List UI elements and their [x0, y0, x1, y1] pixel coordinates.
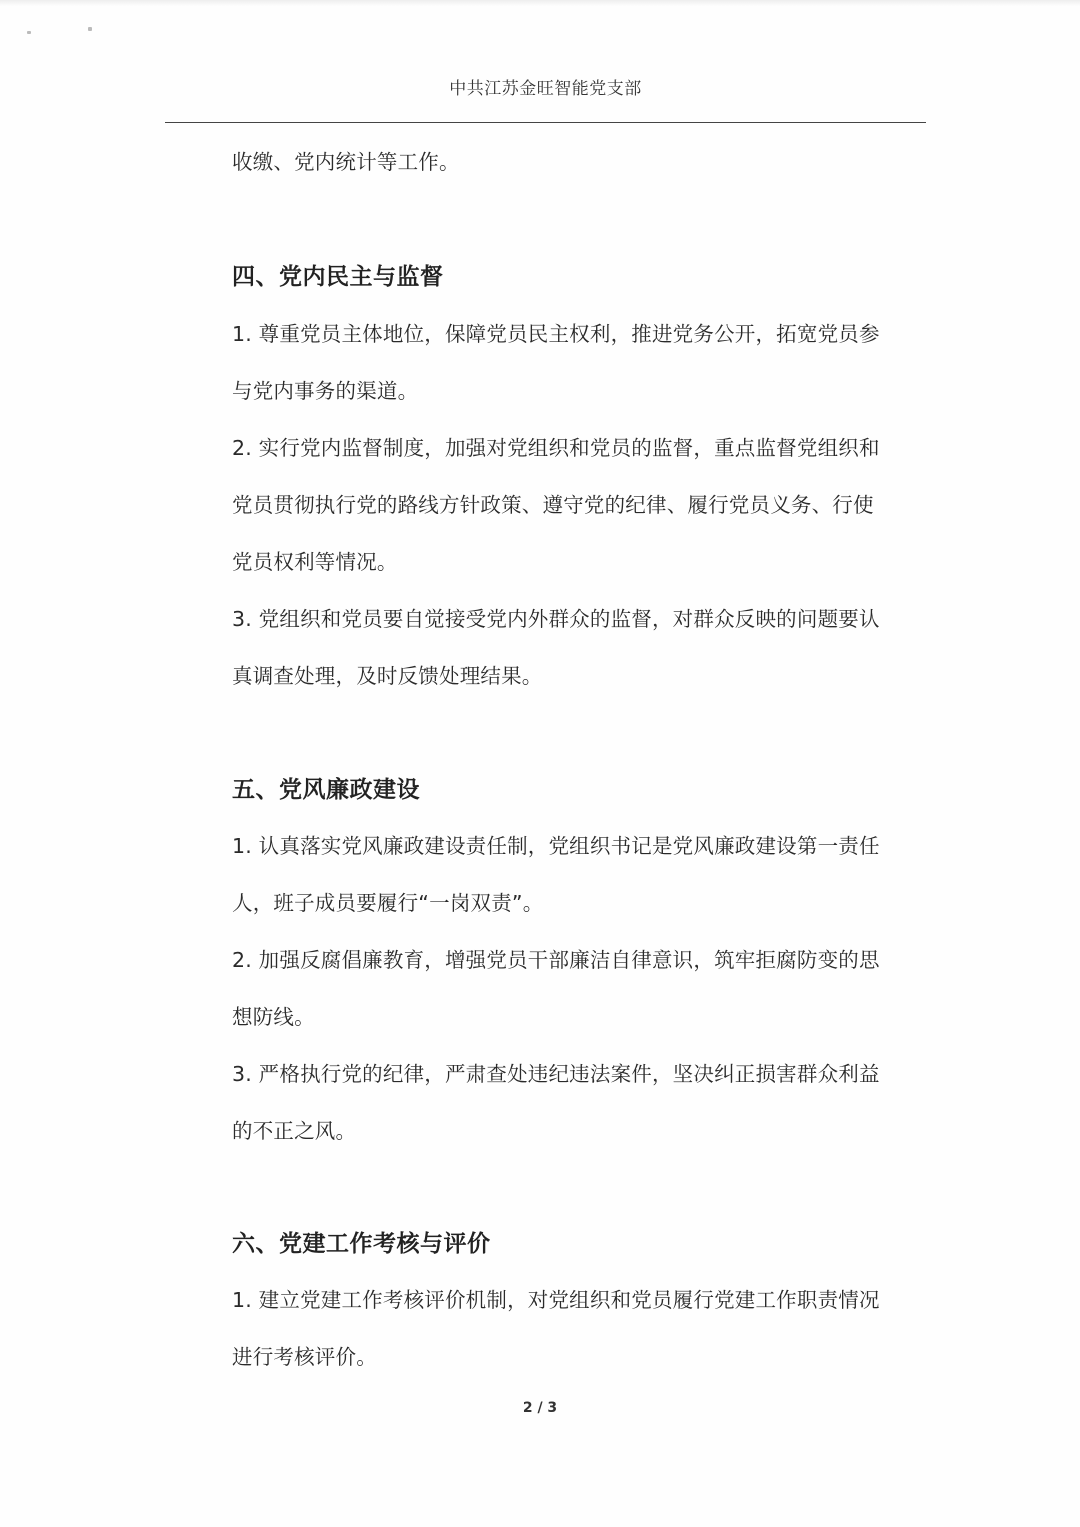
paragraph-line: 1. 建立党建工作考核评价机制，对党组织和党员履行党建工作职责情况 — [232, 1283, 880, 1313]
section-heading: 五、党风廉政建设 — [232, 771, 420, 804]
paragraph-line: 的不正之风。 — [232, 1114, 356, 1144]
paragraph-line: 1. 认真落实党风廉政建设责任制，党组织书记是党风廉政建设第一责任 — [232, 829, 880, 859]
paragraph-line: 人，班子成员要履行“一岗双责”。 — [232, 886, 543, 916]
scan-edge-shadow — [0, 0, 1080, 6]
scan-speck — [88, 27, 92, 31]
paragraph-line: 党员权利等情况。 — [232, 545, 398, 575]
paragraph-line: 1. 尊重党员主体地位，保障党员民主权利，推进党务公开，拓宽党员参 — [232, 317, 880, 347]
header-divider — [165, 122, 926, 123]
paragraph-line: 3. 党组织和党员要自觉接受党内外群众的监督，对群众反映的问题要认 — [232, 602, 880, 632]
paragraph-line: 真调查处理，及时反馈处理结果。 — [232, 659, 543, 689]
continuation-text: 收缴、党内统计等工作。 — [232, 145, 460, 175]
section-heading: 六、党建工作考核与评价 — [232, 1225, 491, 1258]
paragraph-line: 党员贯彻执行党的路线方针政策、遵守党的纪律、履行党员义务、行使 — [232, 488, 874, 518]
section-heading: 四、党内民主与监督 — [232, 258, 444, 291]
paragraph-line: 进行考核评价。 — [232, 1340, 377, 1370]
document-page: 中共江苏金旺智能党支部 收缴、党内统计等工作。 四、党内民主与监督 1. 尊重党… — [0, 0, 1080, 1527]
page-number: 2 / 3 — [0, 1400, 1080, 1416]
paragraph-line: 3. 严格执行党的纪律，严肃查处违纪违法案件，坚决纠正损害群众利益 — [232, 1057, 880, 1087]
page-header-title: 中共江苏金旺智能党支部 — [165, 74, 926, 99]
paragraph-line: 2. 实行党内监督制度，加强对党组织和党员的监督，重点监督党组织和 — [232, 431, 880, 461]
paragraph-line: 想防线。 — [232, 1000, 315, 1030]
paragraph-line: 2. 加强反腐倡廉教育，增强党员干部廉洁自律意识，筑牢拒腐防变的思 — [232, 943, 880, 973]
paragraph-line: 与党内事务的渠道。 — [232, 374, 418, 404]
scan-speck — [27, 31, 31, 34]
